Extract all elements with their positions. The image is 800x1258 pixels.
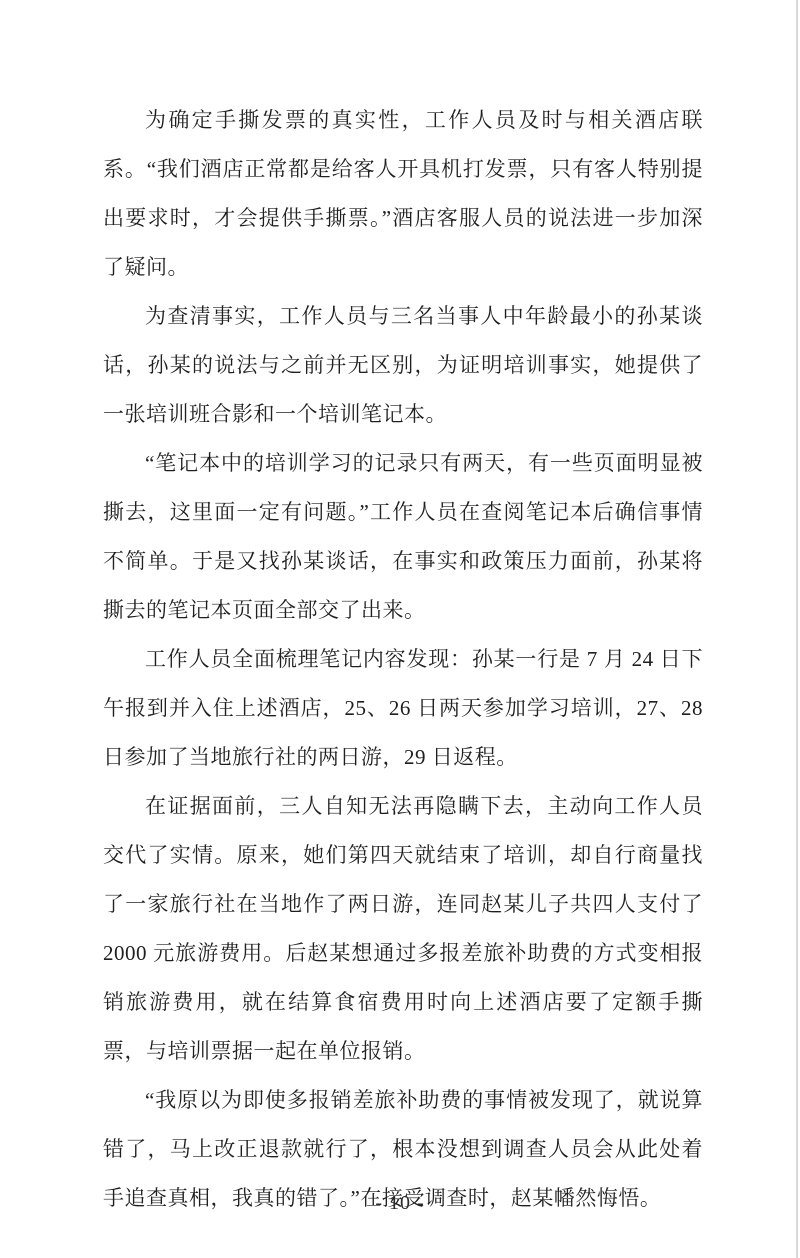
document-page: { "document": { "paragraphs": [ "为确定手撕发票… <box>0 0 800 1258</box>
document-body: 为确定手撕发票的真实性，工作人员及时与相关酒店联系。“我们酒店正常都是给客人开具… <box>103 96 703 1223</box>
paragraph-itinerary-findings: 工作人员全面梳理笔记内容发现：孙某一行是 7 月 24 日下午报到并入住上述酒店… <box>103 635 703 782</box>
paragraph-hotel-contact: 为确定手撕发票的真实性，工作人员及时与相关酒店联系。“我们酒店正常都是给客人开具… <box>103 96 703 292</box>
page-background: 为确定手撕发票的真实性，工作人员及时与相关酒店联系。“我们酒店正常都是给客人开具… <box>0 0 800 1258</box>
page-number: - 10 - <box>0 1192 800 1215</box>
scan-edge-line <box>796 0 798 1258</box>
paragraph-notebook-pages: “笔记本中的培训学习的记录只有两天，有一些页面明显被撕去，这里面一定有问题。”工… <box>103 439 703 635</box>
paragraph-sun-interview: 为查清事实，工作人员与三名当事人中年龄最小的孙某谈话，孙某的说法与之前并无区别，… <box>103 292 703 439</box>
paragraph-confession: 在证据面前，三人自知无法再隐瞒下去，主动向工作人员交代了实情。原来，她们第四天就… <box>103 782 703 1076</box>
